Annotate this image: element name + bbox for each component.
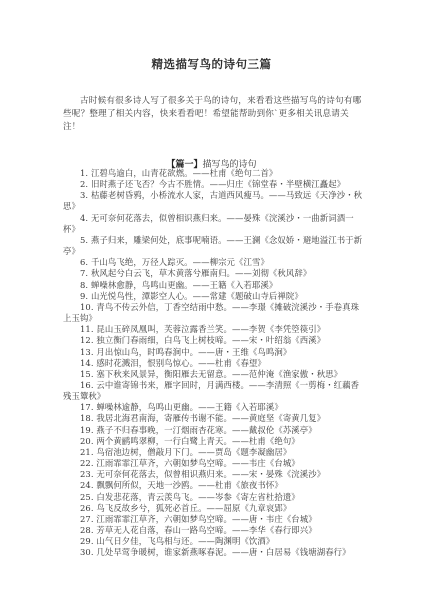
list-item: 23. 无可奈何花落去，似曾相识燕归来。——宋・晏殊《浣溪沙》 [63,469,363,480]
list-item: 30. 几处早莺争暖树，谁家新燕啄春泥。——唐・白居易《钱塘湖春行》 [63,547,363,558]
document-title: 精选描写鸟的诗句三篇 [0,56,423,72]
document-page: 精选描写鸟的诗句三篇 古时候有很多诗人写了很多关于鸟的诗句，来看看这些描写鸟的诗… [0,0,423,600]
list-item: 19. 燕子不归春事晚，一汀烟雨杏花寒。——戴叔伦《苏溪亭》 [63,425,363,436]
list-item: 5. 燕子归来，雕梁何处，底事呢喃语。——王澜《念奴娇・避地溢江书于新亭》 [63,235,363,257]
list-item: 8. 蝉噪林愈静，鸟鸣山更幽。——王籍《入若耶溪》 [63,280,363,291]
list-item: 25. 白发悲花落，青云羡鸟飞。——岑参《寄左省杜拾遗》 [63,492,363,503]
list-item: 10. 青鸟不传云外信，丁香空结雨中愁。——李璟《摊破浣溪沙・手卷真珠上玉钩》 [63,302,363,324]
list-item: 7. 秋风起兮白云飞，草木黄落兮雁南归。——刘彻《秋风辞》 [63,268,363,279]
list-item: 6. 千山鸟飞绝，万径人踪灭。——柳宗元《江雪》 [63,257,363,268]
list-item: 2. 旧时燕子还飞否？今古不胜情。——归庄《锦堂春・半壁横江矗起》 [63,179,363,190]
list-item: 26. 鸟飞反故乡兮，狐死必首丘。——屈原《九章哀郢》 [63,503,363,514]
list-item: 12. 独立衡门春雨细，白鸟飞上树枝啼。——宋・叶绍翁《西溪》 [63,335,363,346]
list-item: 21. 鸟宿池边树，僧敲月下门。——贾岛《题李凝幽居》 [63,447,363,458]
list-item: 3. 枯藤老树昏鸦，小桥流水人家，古道西风瘦马。——马致远《天净沙・秋思》 [63,190,363,212]
list-item: 17. 蝉噪林逾静，鸟鸣山更幽。——王籍《入若耶溪》 [63,402,363,413]
list-item: 28. 芳草无人花自落，春山一路鸟空啼。——李华《春行即兴》 [63,525,363,536]
list-item: 24. 飘飘何所似，天地一沙鸥。——杜甫《旅夜书怀》 [63,480,363,491]
list-item: 22. 江雨霏霏江草齐，六朝如梦鸟空啼。——韦庄《台城》 [63,458,363,469]
list-item: 1. 江碧鸟逾白，山青花欲燃。——杜甫《绝句二首》 [63,168,363,179]
list-item: 9. 山光悦鸟性，潭影空人心。——常建《题破山寺后禅院》 [63,291,363,302]
list-item: 29. 山气日夕佳，飞鸟相与还。——陶渊明《饮酒》 [63,536,363,547]
list-item: 13. 月出惊山鸟，时鸣春涧中。——唐・王维《鸟鸣涧》 [63,347,363,358]
list-item: 27. 江雨霏霏江草齐，六朝如梦鸟空啼。——唐・韦庄《台城》 [63,514,363,525]
list-item: 20. 两个黄鹂鸣翠柳，一行白鹭上青天。——杜甫《绝句》 [63,436,363,447]
list-item: 4. 无可奈何花落去，似曾相识燕归来。——晏殊《浣溪沙・一曲新词酒一杯》 [63,213,363,235]
list-item: 18. 我居北海君南海，寄雁传书谢不能。——黄庭坚《寄黄几复》 [63,413,363,424]
list-item: 11. 昆山玉碎凤凰叫，芙蓉泣露香兰笑。——李贺《李凭箜篌引》 [63,324,363,335]
list-item: 15. 塞下秋来风景异，衡阳雁去无留意。——范仲淹《渔家傲・秋思》 [63,369,363,380]
poem-lines-list: 1. 江碧鸟逾白，山青花欲燃。——杜甫《绝句二首》 2. 旧时燕子还飞否？今古不… [63,168,363,558]
list-item: 14. 感时花溅泪，恨别鸟惊心。——杜甫《春望》 [63,358,363,369]
intro-paragraph: 古时候有很多诗人写了很多关于鸟的诗句，来看看这些描写鸟的诗句有哪些呢？整理了相关… [63,95,363,134]
list-item: 16. 云中谁寄锦书来，雁字回时，月满西楼。——李清照《一剪梅・红藕香残玉簟秋》 [63,380,363,402]
